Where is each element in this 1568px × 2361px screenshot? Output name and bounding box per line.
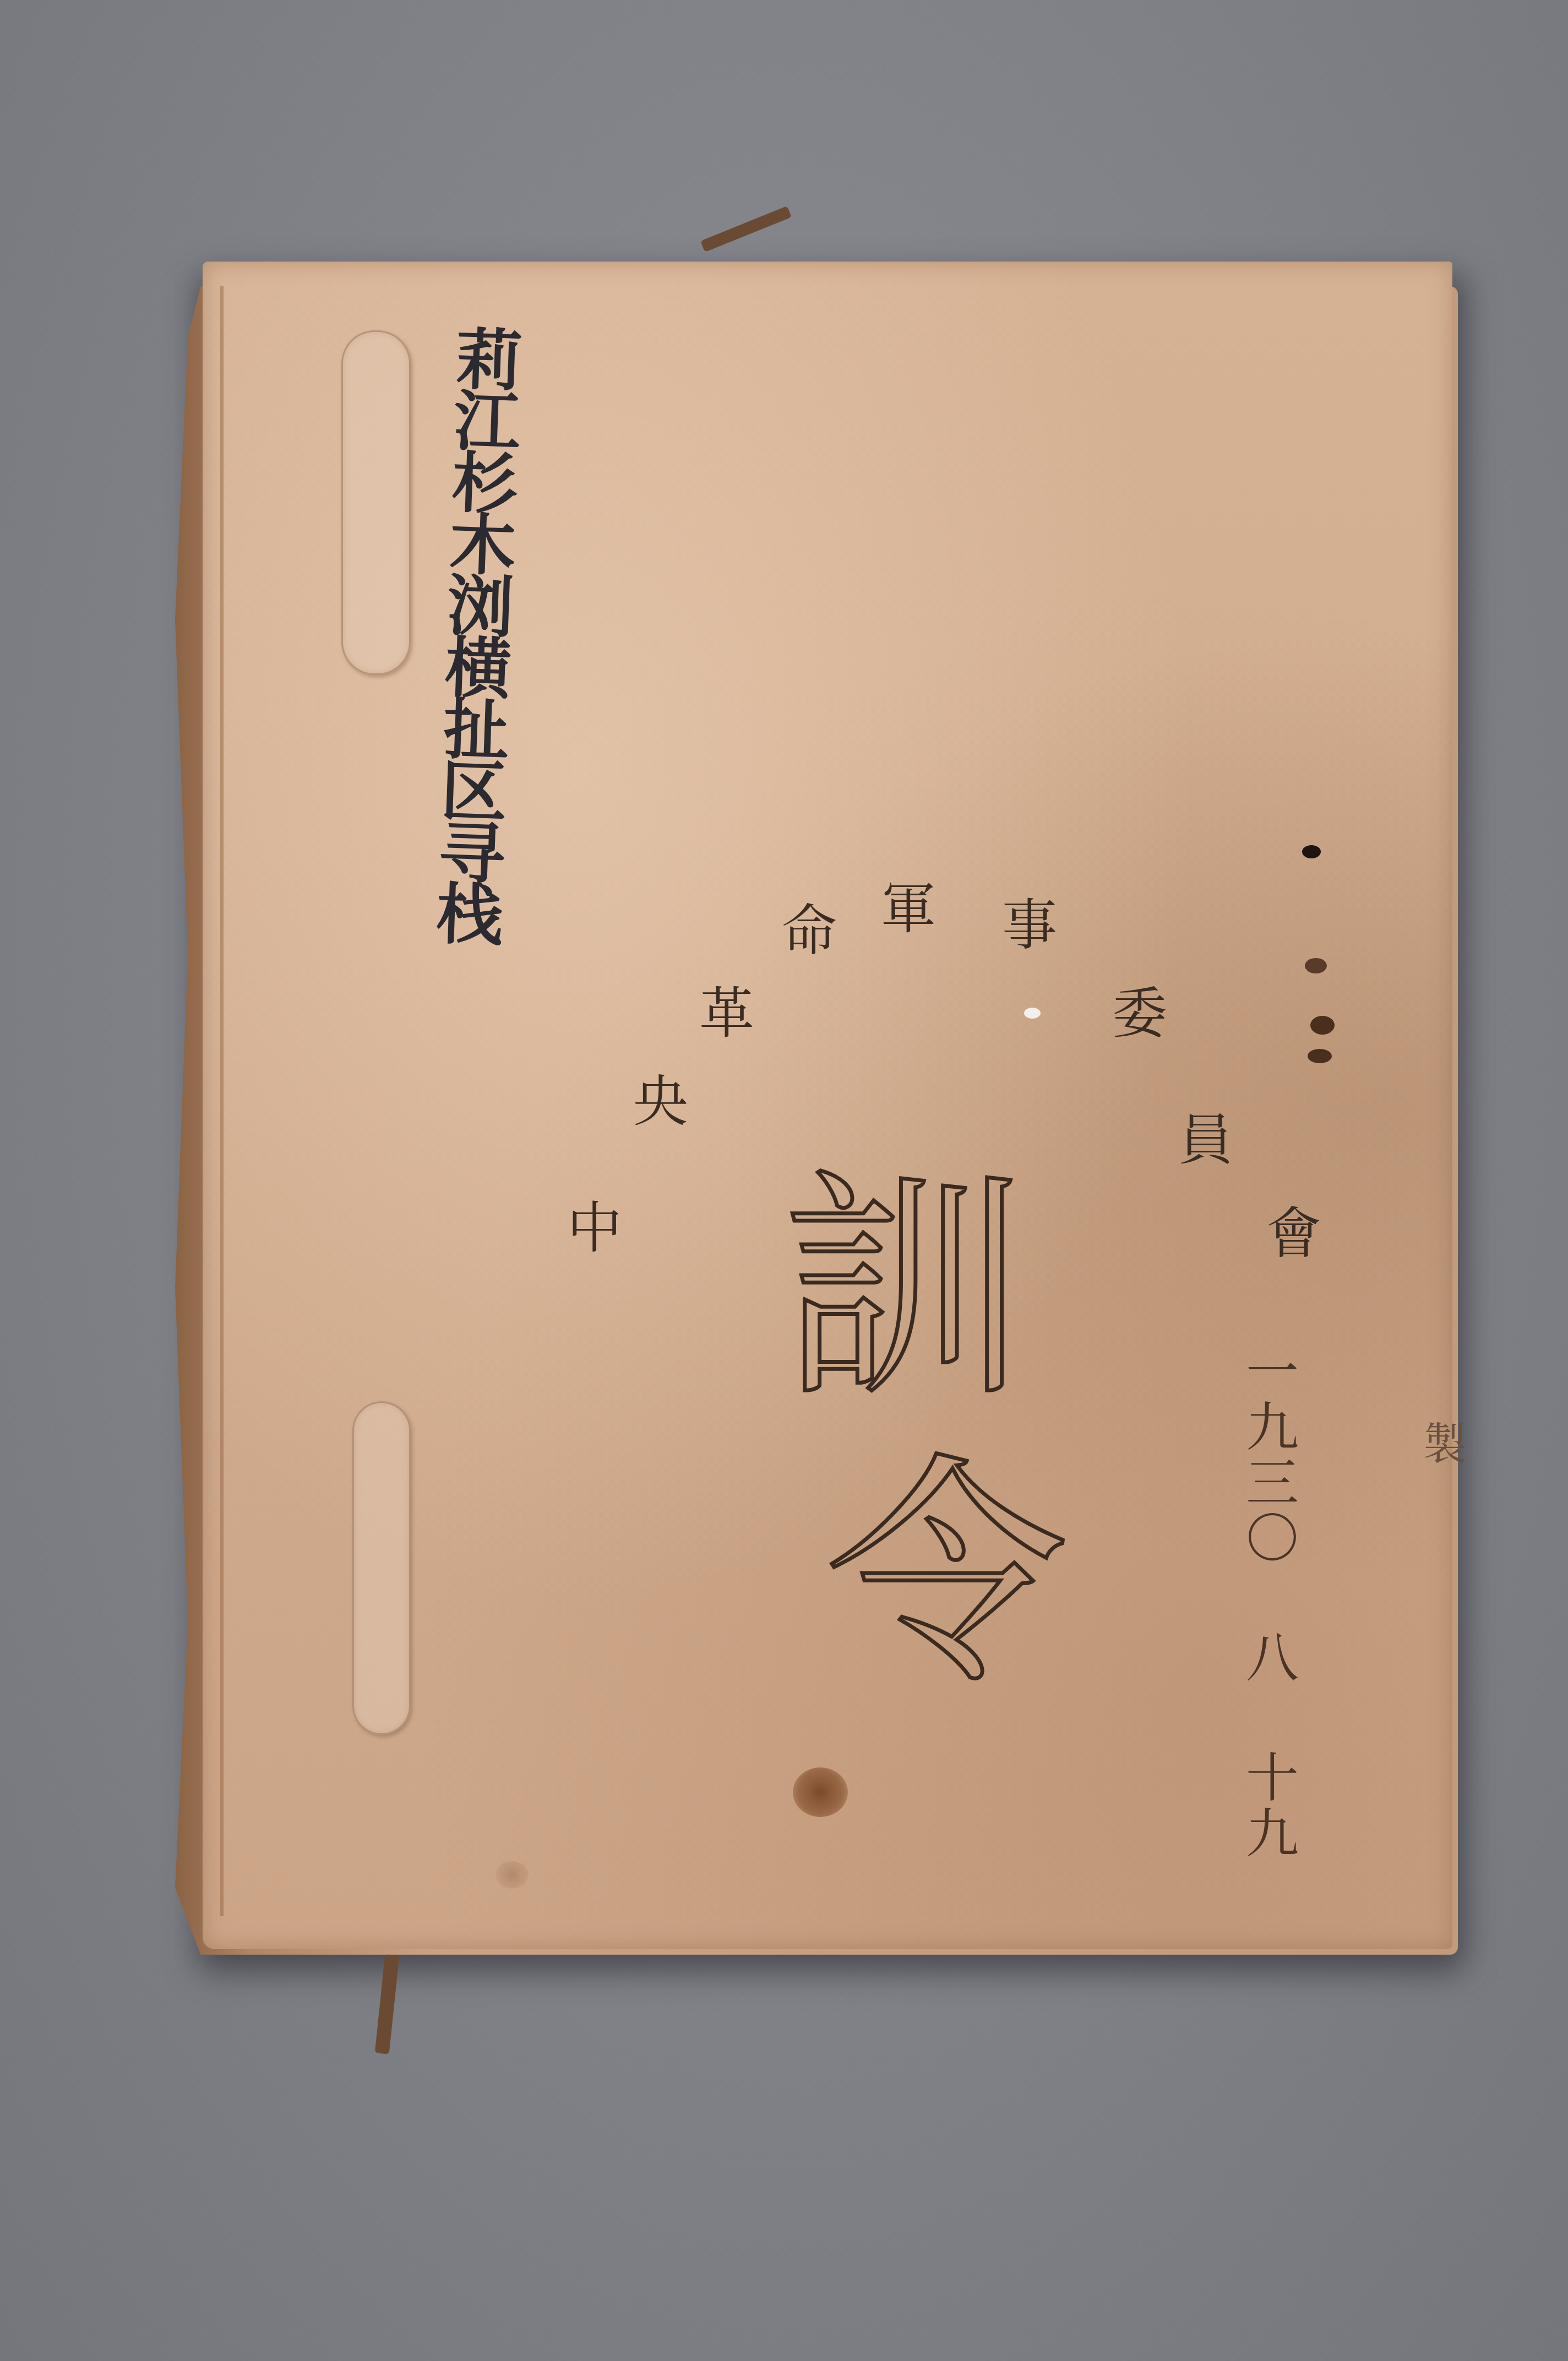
spine-fold-line bbox=[220, 286, 224, 1916]
issuer-char-9: 會 bbox=[1266, 1189, 1321, 1269]
ink-dot bbox=[1302, 845, 1321, 858]
issuer-char-4: 命 bbox=[782, 886, 837, 966]
water-stain bbox=[496, 1861, 529, 1889]
binding-tie-top bbox=[700, 206, 792, 252]
issuer-char-6: 事 bbox=[1002, 881, 1057, 960]
maker-mark: 製 bbox=[1409, 1421, 1473, 1467]
document-date: 一九三〇 八 十九 bbox=[1239, 1343, 1297, 1860]
issuer-char-8: 員 bbox=[1178, 1096, 1233, 1175]
water-stain bbox=[793, 1767, 848, 1817]
issuer-char-3: 革 bbox=[699, 969, 754, 1048]
issuer-char-5: 軍 bbox=[881, 864, 936, 944]
ink-dot bbox=[1310, 1016, 1335, 1035]
binding-slot-lower bbox=[352, 1401, 411, 1735]
paper-abrasion bbox=[1024, 1008, 1041, 1019]
ink-dot bbox=[1305, 958, 1327, 973]
binding-slot-upper bbox=[341, 330, 411, 675]
title-char-2: 令 bbox=[826, 1454, 1068, 1696]
issuer-char-1: 中 bbox=[567, 1184, 622, 1263]
issuer-char-7: 委 bbox=[1112, 969, 1167, 1048]
title-char-1: 訓 bbox=[782, 1167, 1024, 1410]
ink-dot bbox=[1308, 1049, 1332, 1063]
issuer-char-2: 央 bbox=[633, 1057, 688, 1136]
handwritten-inscription: 莉江杉木浏横扯区寻栈 bbox=[429, 324, 517, 943]
